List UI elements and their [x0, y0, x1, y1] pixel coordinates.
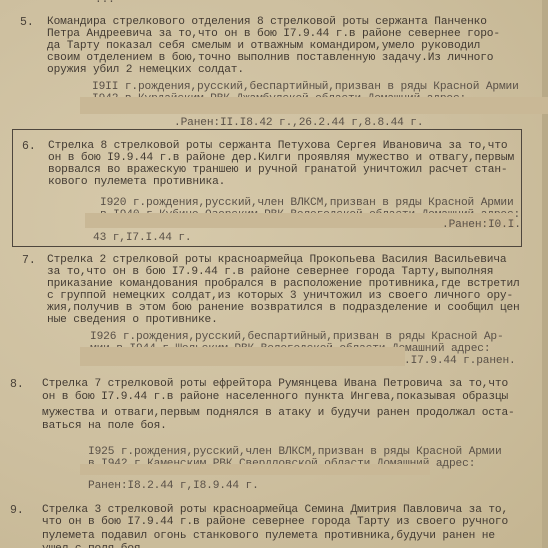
citation-line: он в бою I9.9.44 г.в районе дер.Килги пр… [48, 152, 514, 164]
entry-number: 6. [22, 140, 36, 153]
citation-line: пулемета подавил огонь станкового пулеме… [42, 530, 495, 542]
top-cut-line: ... [95, 0, 115, 6]
bio-line: I920 г.рождения,русский,член ВЛКСМ,призв… [100, 197, 514, 209]
citation-line: Стрелка 8 стрелковой роты сержанта Петух… [48, 140, 507, 152]
citation-line: ворвался во вражескую траншею и ручной г… [48, 164, 507, 176]
wounds-line-cont: 43 г,I7.I.44 г. [93, 232, 191, 244]
citation-line: Стрелка 2 стрелковой роты красноармейца … [47, 254, 506, 266]
citation-line: жия,получив в этом бою ранение возвратил… [47, 302, 520, 314]
entry-number: 7. [22, 254, 36, 267]
citation-line: мужества и отваги,первым поднялся в атак… [42, 407, 515, 419]
entry-number: 8. [10, 378, 24, 391]
wounds-line: .Ранен:II.I8.42 г.,26.2.44 г,8.8.44 г. [174, 117, 423, 129]
citation-line: оружия убил 2 немецких солдат. [47, 64, 244, 76]
citation-line: да Тарту показал себя смелым и отважным … [47, 40, 480, 52]
citation-line: с группой немецких солдат,из которых 3 у… [47, 290, 513, 302]
bio-line: I9II г.рождения,русский,беспартийный,при… [92, 81, 519, 93]
citation-line: Стрелка 7 стрелковой роты ефрейтора Румя… [42, 378, 508, 390]
bio-line: I926 г.рождения,русский,беспартийный,при… [90, 331, 504, 343]
citation-line: Стрелка 3 стрелковой роты красноармейца … [42, 504, 508, 516]
redacted-address [80, 347, 405, 366]
wounds-line: .Ранен:I0.I. [442, 219, 521, 231]
citation-line: кового пулемета противника. [48, 176, 225, 188]
citation-line: Командира стрелкового отделения 8 стрелк… [47, 16, 487, 28]
redacted-address [80, 464, 430, 475]
redacted-address [80, 97, 548, 114]
citation-line: ные сведения о противнике. [47, 314, 218, 326]
entry-number: 5. [20, 16, 34, 29]
citation-line: ушел с поля боя. [42, 543, 147, 548]
citation-line: Петра Андреевича за то,что он в бою I7.9… [47, 28, 500, 40]
entry-number: 9. [10, 504, 24, 517]
citation-line: что он в бою I7.9.44 г.в районе севернее… [42, 516, 508, 528]
wounds-line: Ранен:I8.2.44 г,I8.9.44 г. [88, 480, 259, 492]
citation-line: приказание командования пробрался в расп… [47, 278, 520, 290]
page-edge-shadow [542, 0, 548, 548]
citation-line: своим отделением в бою,точно выполнив по… [47, 52, 493, 64]
archive-document-page: ... 5. Командира стрелкового отделения 8… [0, 0, 548, 548]
citation-line: за то,что он в бою I7.9.44 г.в районе се… [47, 266, 493, 278]
wounds-line: .I7.9.44 г.ранен. [404, 355, 516, 367]
bio-line: I925 г.рождения,русский,член ВЛКСМ,призв… [88, 446, 502, 458]
citation-line: ваться на поле боя. [42, 420, 167, 432]
citation-line: он в бою I7.9.44 г.в районе населенного … [42, 391, 508, 403]
